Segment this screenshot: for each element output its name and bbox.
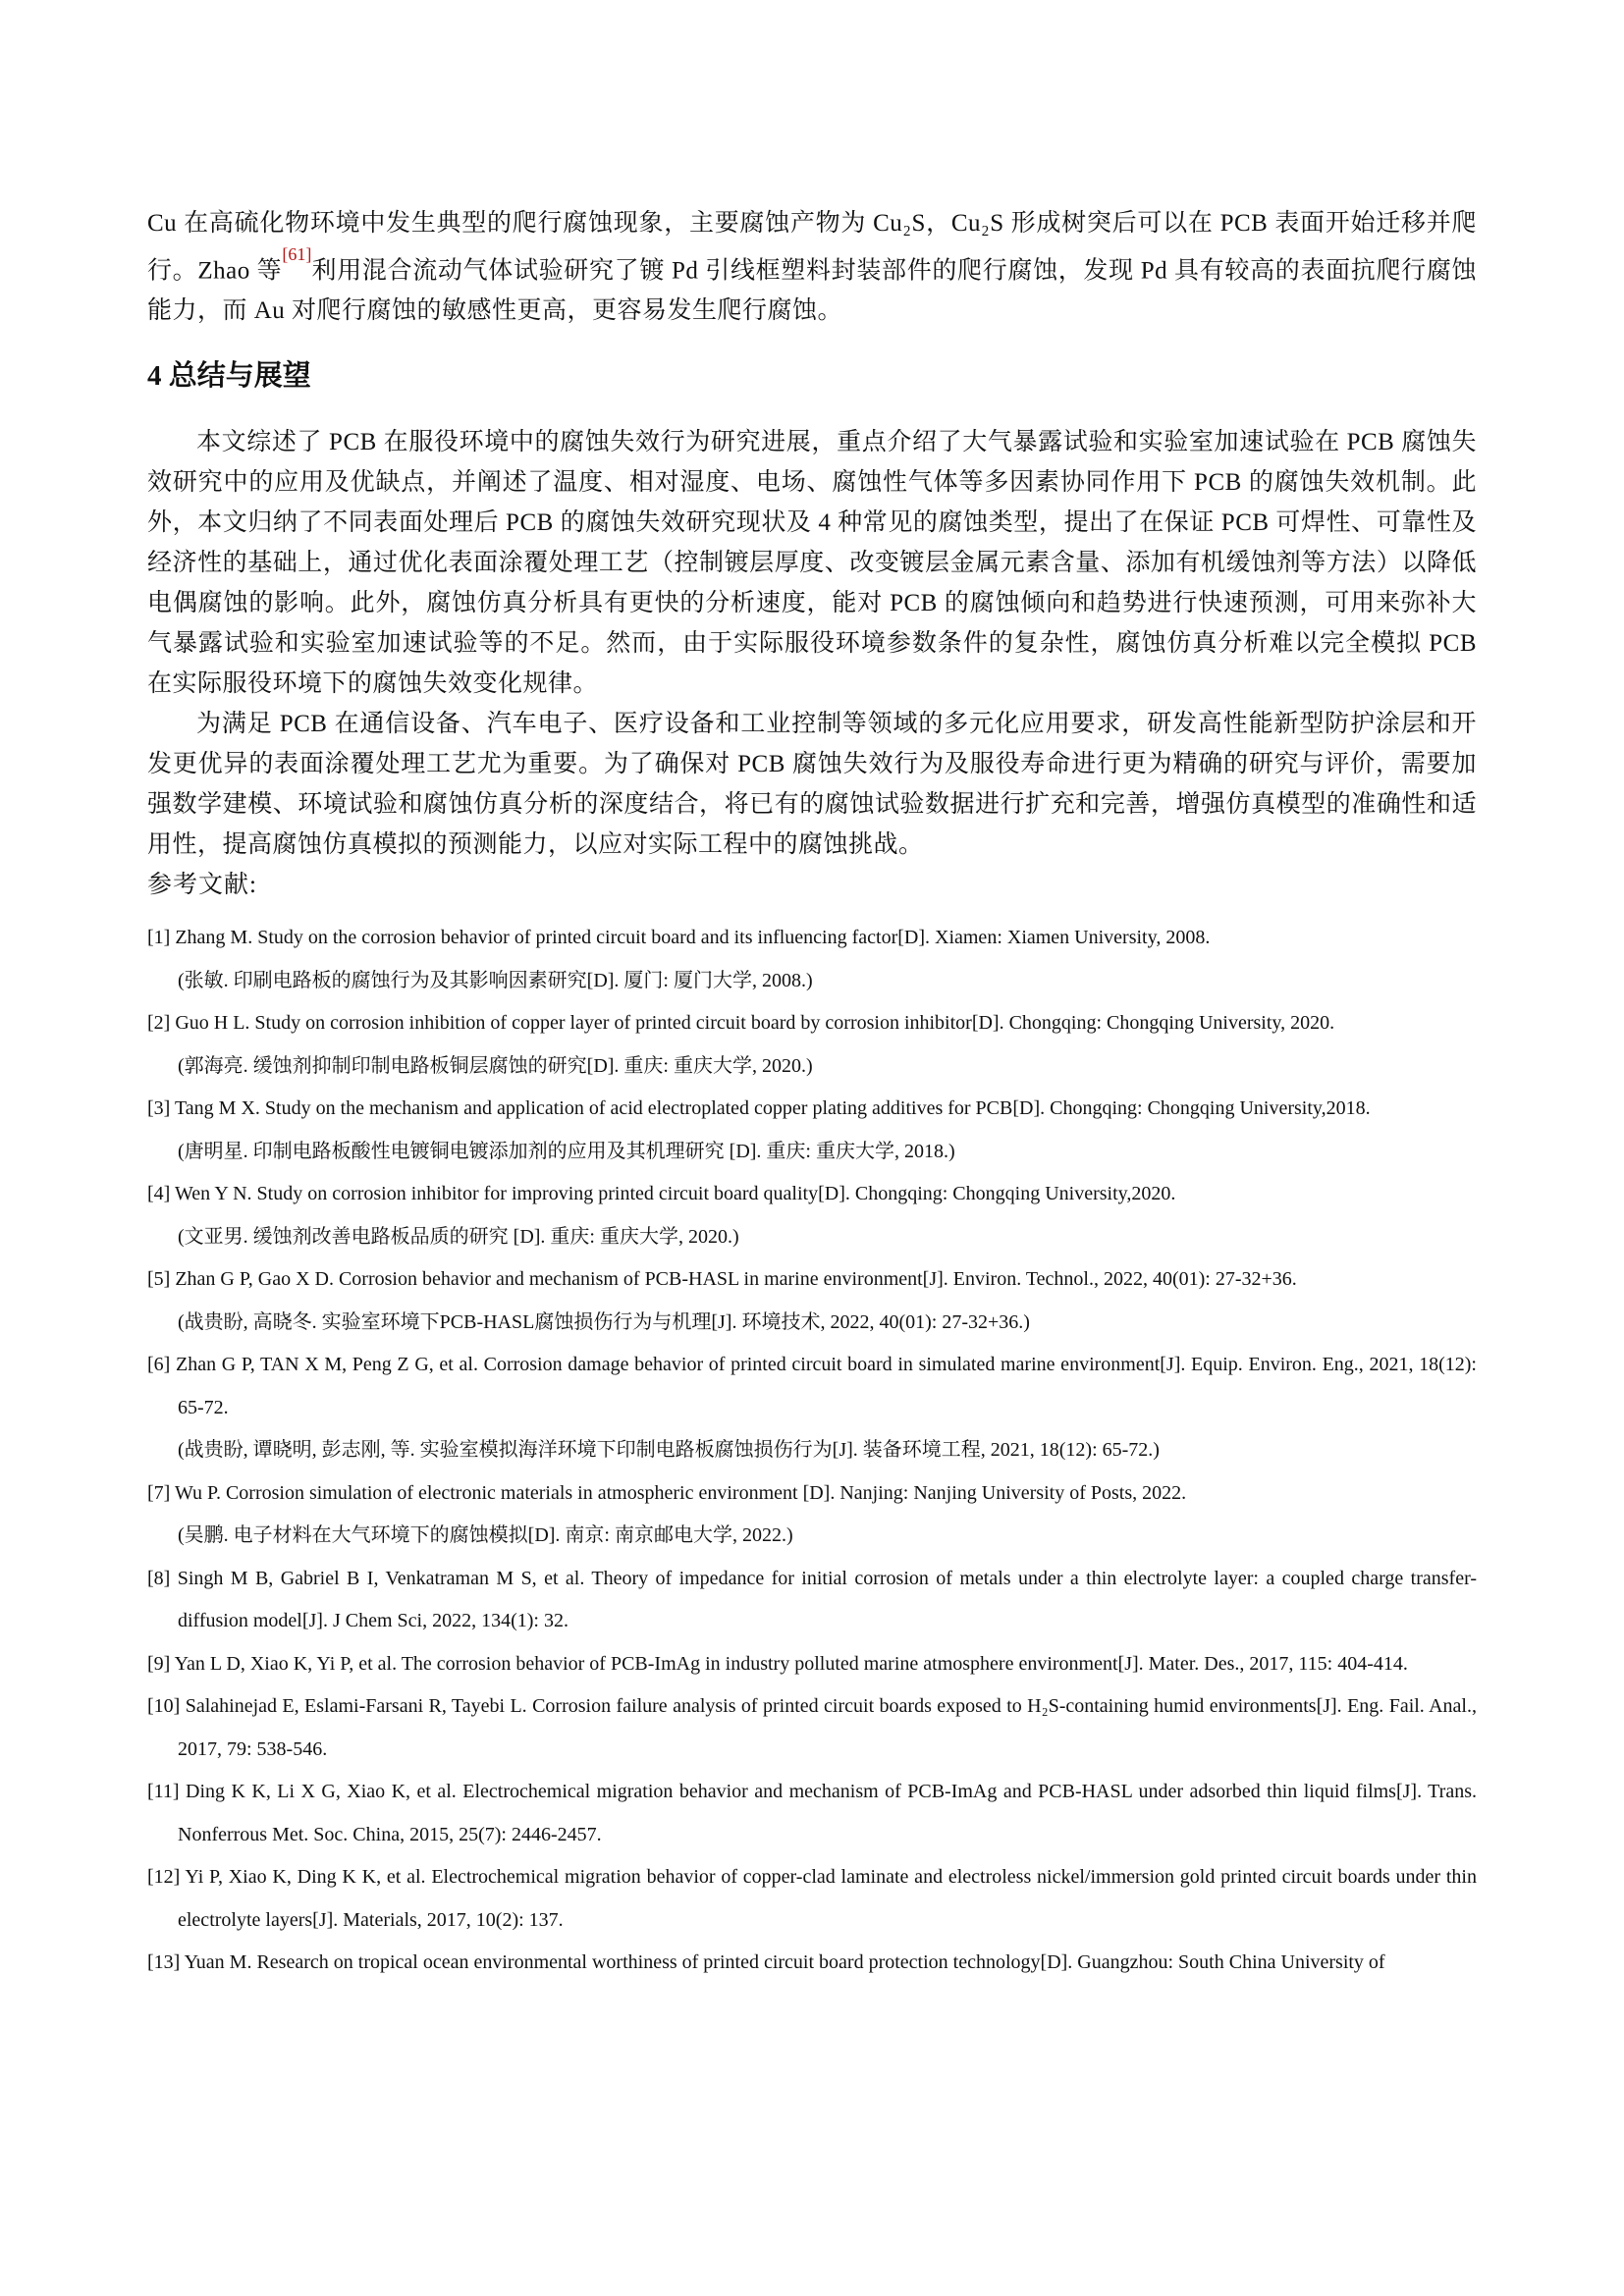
references-title: 参考文献: [147, 865, 1477, 905]
reference-citation-zh: (战贵盼, 谭晓明, 彭志刚, 等. 实验室模拟海洋环境下印制电路板腐蚀损伤行为… [147, 1429, 1477, 1472]
reference-item: [1] Zhang M. Study on the corrosion beha… [147, 917, 1477, 1002]
references-list: [1] Zhang M. Study on the corrosion beha… [147, 917, 1477, 1985]
reference-citation-en: [11] Ding K K, Li X G, Xiao K, et al. El… [147, 1771, 1477, 1856]
reference-item: [6] Zhan G P, TAN X M, Peng Z G, et al. … [147, 1344, 1477, 1472]
reference-citation-en: [2] Guo H L. Study on corrosion inhibiti… [147, 1002, 1477, 1045]
citation-ref-61[interactable]: [61] [282, 244, 311, 264]
reference-citation-en: [9] Yan L D, Xiao K, Yi P, et al. The co… [147, 1643, 1477, 1686]
reference-item: [12] Yi P, Xiao K, Ding K K, et al. Elec… [147, 1856, 1477, 1942]
paper-page: Cu 在高硫化物环境中发生典型的爬行腐蚀现象，主要腐蚀产物为 Cu₂S，Cu₂S… [147, 0, 1477, 1985]
reference-item: [2] Guo H L. Study on corrosion inhibiti… [147, 1002, 1477, 1088]
reference-item: [5] Zhan G P, Gao X D. Corrosion behavio… [147, 1258, 1477, 1344]
section-heading: 4 总结与展望 [147, 358, 1477, 394]
reference-citation-zh: (唐明星. 印制电路板酸性电镀铜电镀添加剂的应用及其机理研究 [D]. 重庆: … [147, 1131, 1477, 1174]
reference-item: [13] Yuan M. Research on tropical ocean … [147, 1942, 1477, 1985]
intro-paragraph: Cu 在高硫化物环境中发生典型的爬行腐蚀现象，主要腐蚀产物为 Cu₂S，Cu₂S… [147, 203, 1477, 331]
reference-item: [10] Salahinejad E, Eslami-Farsani R, Ta… [147, 1685, 1477, 1771]
reference-citation-en: [12] Yi P, Xiao K, Ding K K, et al. Elec… [147, 1856, 1477, 1942]
reference-item: [8] Singh M B, Gabriel B I, Venkatraman … [147, 1558, 1477, 1643]
reference-item: [7] Wu P. Corrosion simulation of electr… [147, 1472, 1477, 1558]
summary-paragraph-1: 本文综述了 PCB 在服役环境中的腐蚀失效行为研究进展，重点介绍了大气暴露试验和… [147, 422, 1477, 704]
reference-citation-en: [13] Yuan M. Research on tropical ocean … [147, 1942, 1477, 1985]
reference-item: [4] Wen Y N. Study on corrosion inhibito… [147, 1173, 1477, 1258]
reference-citation-en: [7] Wu P. Corrosion simulation of electr… [147, 1472, 1477, 1516]
reference-item: [3] Tang M X. Study on the mechanism and… [147, 1088, 1477, 1173]
reference-citation-zh: (张敏. 印刷电路板的腐蚀行为及其影响因素研究[D]. 厦门: 厦门大学, 20… [147, 960, 1477, 1003]
reference-citation-en: [4] Wen Y N. Study on corrosion inhibito… [147, 1173, 1477, 1216]
intro-text-after: 利用混合流动气体试验研究了镀 Pd 引线框塑料封装部件的爬行腐蚀，发现 Pd 具… [147, 257, 1477, 324]
reference-citation-en: [1] Zhang M. Study on the corrosion beha… [147, 917, 1477, 960]
reference-citation-en: [10] Salahinejad E, Eslami-Farsani R, Ta… [147, 1685, 1477, 1771]
reference-citation-en: [5] Zhan G P, Gao X D. Corrosion behavio… [147, 1258, 1477, 1302]
reference-citation-zh: (战贵盼, 高晓冬. 实验室环境下PCB-HASL腐蚀损伤行为与机理[J]. 环… [147, 1302, 1477, 1345]
reference-citation-zh: (吴鹏. 电子材料在大气环境下的腐蚀模拟[D]. 南京: 南京邮电大学, 202… [147, 1515, 1477, 1558]
reference-citation-en: [3] Tang M X. Study on the mechanism and… [147, 1088, 1477, 1131]
reference-citation-zh: (文亚男. 缓蚀剂改善电路板品质的研究 [D]. 重庆: 重庆大学, 2020.… [147, 1216, 1477, 1259]
reference-citation-en: [6] Zhan G P, TAN X M, Peng Z G, et al. … [147, 1344, 1477, 1429]
reference-item: [11] Ding K K, Li X G, Xiao K, et al. El… [147, 1771, 1477, 1856]
reference-citation-en: [8] Singh M B, Gabriel B I, Venkatraman … [147, 1558, 1477, 1643]
reference-citation-zh: (郭海亮. 缓蚀剂抑制印制电路板铜层腐蚀的研究[D]. 重庆: 重庆大学, 20… [147, 1045, 1477, 1089]
summary-paragraph-2: 为满足 PCB 在通信设备、汽车电子、医疗设备和工业控制等领域的多元化应用要求，… [147, 704, 1477, 865]
reference-item: [9] Yan L D, Xiao K, Yi P, et al. The co… [147, 1643, 1477, 1686]
